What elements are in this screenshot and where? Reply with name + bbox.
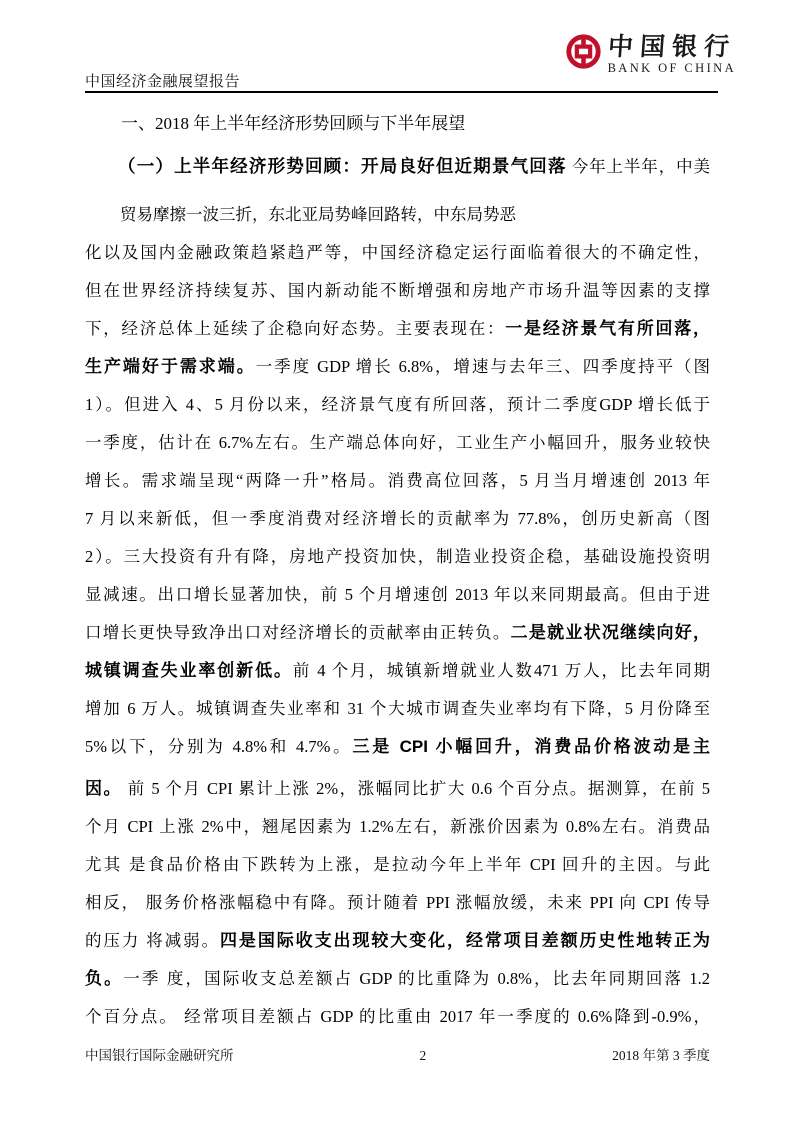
text-run: 贸易摩擦一波三折，东北亚局势峰回路转，中东局势恶 — [120, 205, 516, 224]
text-line: 增长。需求端呈现“两降一升”格局。消费高位回落，5 月当月增速创 2013 年 — [85, 462, 710, 500]
bold-text-run: 三是 CPI 小幅回升，消费品价格波动是主 — [352, 737, 710, 756]
text-line: 生产端好于需求端。一季度 GDP 增长 6.8%，增速与去年三、四季度持平（图 — [85, 348, 710, 386]
text-line: 2）。三大投资有升有降，房地产投资加快，制造业投资企稳，基础设施投资明 — [85, 538, 710, 576]
text-line: 因。 前 5 个月 CPI 累计上涨 2%，涨幅同比扩大 0.6 个百分点。据测… — [85, 770, 710, 808]
page-header: 中国经济金融展望报告 中国银行 BANK OF CHINA — [85, 34, 718, 93]
text-run: 5%以下，分别为 4.8%和 4.7%。 — [85, 737, 352, 756]
page-footer: 中国银行国际金融研究所 2 2018 年第 3 季度 — [85, 1044, 710, 1064]
text-run: 2）。三大投资有升有降，房地产投资加快，制造业投资企稳，基础设施投资明 — [85, 547, 710, 566]
text-run: 的压力 将减弱。 — [85, 931, 220, 950]
text-run: 前 4 个月，城镇新增就业人数471 万人，比去年同期 — [293, 661, 710, 680]
text-line: 一季度，估计在 6.7%左右。生产端总体向好，工业生产小幅回升，服务业较快 — [85, 424, 710, 462]
document-body: 一、2018 年上半年经济形势回顾与下半年展望（一）上半年经济形势回顾：开局良好… — [85, 105, 710, 1036]
text-line: 负。一季 度，国际收支总差额占 GDP 的比重降为 0.8%，比去年同期回落 1… — [85, 960, 710, 998]
text-run: 下，经济总体上延续了企稳向好态势。主要表现在： — [85, 319, 505, 338]
text-line: 7 月以来新低，但一季度消费对经济增长的贡献率为 77.8%，创历史新高（图 — [85, 500, 710, 538]
text-run: 尤其 是食品价格由下跌转为上涨，是拉动今年上半年 CPI 回升的主因。与此 — [85, 855, 710, 874]
text-run: 相反， 服务价格涨幅稳中有降。预计随着 PPI 涨幅放缓，未来 PPI 向 CP… — [85, 893, 710, 912]
text-line: 一、2018 年上半年经济形势回顾与下半年展望 — [85, 105, 710, 143]
bank-name-english: BANK OF CHINA — [608, 61, 736, 76]
text-run: 但在世界经济持续复苏、国内新动能不断增强和房地产市场升温等因素的支撑 — [85, 281, 710, 300]
bold-text-run: 因。 — [85, 779, 122, 798]
text-line: 下，经济总体上延续了企稳向好态势。主要表现在：一是经济景气有所回落， — [85, 310, 710, 348]
bold-text-run: 城镇调查失业率创新低。 — [85, 661, 293, 680]
text-line: 相反， 服务价格涨幅稳中有降。预计随着 PPI 涨幅放缓，未来 PPI 向 CP… — [85, 884, 710, 922]
text-run: 一、2018 年上半年经济形势回顾与下半年展望 — [121, 114, 465, 133]
bank-logo-text: 中国银行 BANK OF CHINA — [608, 34, 736, 76]
text-line: 个月 CPI 上涨 2%中，翘尾因素为 1.2%左右，新涨价因素为 0.8%左右… — [85, 808, 710, 846]
footer-institute: 中国银行国际金融研究所 — [85, 1044, 234, 1064]
bank-logo: 中国银行 BANK OF CHINA — [566, 34, 736, 76]
text-run: 化以及国内金融政策趋紧趋严等，中国经济稳定运行面临着很大的不确定性， — [85, 243, 710, 262]
text-run: 增长。需求端呈现“两降一升”格局。消费高位回落，5 月当月增速创 2013 年 — [85, 471, 710, 490]
text-line: 1）。但进入 4、5 月份以来，经济景气度有所回落，预计二季度GDP 增长低于 — [85, 386, 710, 424]
text-run: 一季度 GDP 增长 6.8%，增速与去年三、四季度持平（图 — [256, 357, 710, 376]
bold-text-run: 一是经济景气有所回落， — [505, 319, 710, 338]
text-line: 显减速。出口增长显著加快，前 5 个月增速创 2013 年以来同期最高。但由于进 — [85, 576, 710, 614]
text-line: 化以及国内金融政策趋紧趋严等，中国经济稳定运行面临着很大的不确定性， — [85, 234, 710, 272]
page-number: 2 — [419, 1048, 426, 1064]
text-line: 城镇调查失业率创新低。前 4 个月，城镇新增就业人数471 万人，比去年同期 — [85, 652, 710, 690]
text-line: 增加 6 万人。城镇调查失业率和 31 个大城市调查失业率均有下降，5 月份降至 — [85, 690, 710, 728]
text-run: 一季度，估计在 6.7%左右。生产端总体向好，工业生产小幅回升，服务业较快 — [85, 433, 710, 452]
text-run: 7 月以来新低，但一季度消费对经济增长的贡献率为 77.8%，创历史新高（图 — [85, 509, 710, 528]
text-run: 增加 6 万人。城镇调查失业率和 31 个大城市调查失业率均有下降，5 月份降至 — [85, 699, 710, 718]
text-line: 口增长更快导致净出口对经济增长的贡献率由正转负。二是就业状况继续向好， — [85, 614, 710, 652]
text-line: （一）上半年经济形势回顾：开局良好但近期景气回落 今年上半年，中美 — [85, 147, 710, 186]
bold-text-run: 二是就业状况继续向好， — [511, 623, 710, 642]
footer-edition: 2018 年第 3 季度 — [612, 1044, 710, 1064]
text-line: 的压力 将减弱。四是国际收支出现较大变化，经常项目差额历史性地转正为 — [85, 922, 710, 960]
report-title: 中国经济金融展望报告 — [85, 75, 240, 90]
text-run: 个月 CPI 上涨 2%中，翘尾因素为 1.2%左右，新涨价因素为 0.8%左右… — [85, 817, 710, 836]
text-run: 口增长更快导致净出口对经济增长的贡献率由正转负。 — [85, 623, 511, 642]
text-run: 今年上半年，中美 — [567, 157, 710, 176]
text-line: 但在世界经济持续复苏、国内新动能不断增强和房地产市场升温等因素的支撑 — [85, 272, 710, 310]
bold-text-run: （一）上半年经济形势回顾：开局良好但近期景气回落 — [118, 156, 567, 176]
document-page: 中国经济金融展望报告 中国银行 BANK OF CHINA 一、2018 年上半… — [0, 0, 794, 1122]
bold-text-run: 生产端好于需求端。 — [85, 357, 256, 376]
text-run: 前 5 个月 CPI 累计上涨 2%，涨幅同比扩大 0.6 个百分点。据测算，在… — [122, 779, 710, 798]
bank-of-china-emblem-icon — [566, 34, 601, 69]
text-line: 5%以下，分别为 4.8%和 4.7%。三是 CPI 小幅回升，消费品价格波动是… — [85, 728, 710, 766]
text-run: 一季 度，国际收支总差额占 GDP 的比重降为 0.8%，比去年同期回落 1.2 — [123, 969, 710, 988]
bold-text-run: 四是国际收支出现较大变化，经常项目差额历史性地转正为 — [220, 931, 710, 950]
text-line: 贸易摩擦一波三折，东北亚局势峰回路转，中东局势恶 — [85, 196, 710, 234]
text-run: 个百分点。 经常项目差额占 GDP 的比重由 2017 年一季度的 0.6%降到… — [85, 1007, 710, 1026]
text-run: 显减速。出口增长显著加快，前 5 个月增速创 2013 年以来同期最高。但由于进 — [85, 585, 710, 604]
bold-text-run: 负。 — [85, 969, 123, 988]
bank-name-chinese: 中国银行 — [607, 34, 737, 61]
text-run: 1）。但进入 4、5 月份以来，经济景气度有所回落，预计二季度GDP 增长低于 — [85, 395, 710, 414]
text-line: 尤其 是食品价格由下跌转为上涨，是拉动今年上半年 CPI 回升的主因。与此 — [85, 846, 710, 884]
text-line: 个百分点。 经常项目差额占 GDP 的比重由 2017 年一季度的 0.6%降到… — [85, 998, 710, 1036]
